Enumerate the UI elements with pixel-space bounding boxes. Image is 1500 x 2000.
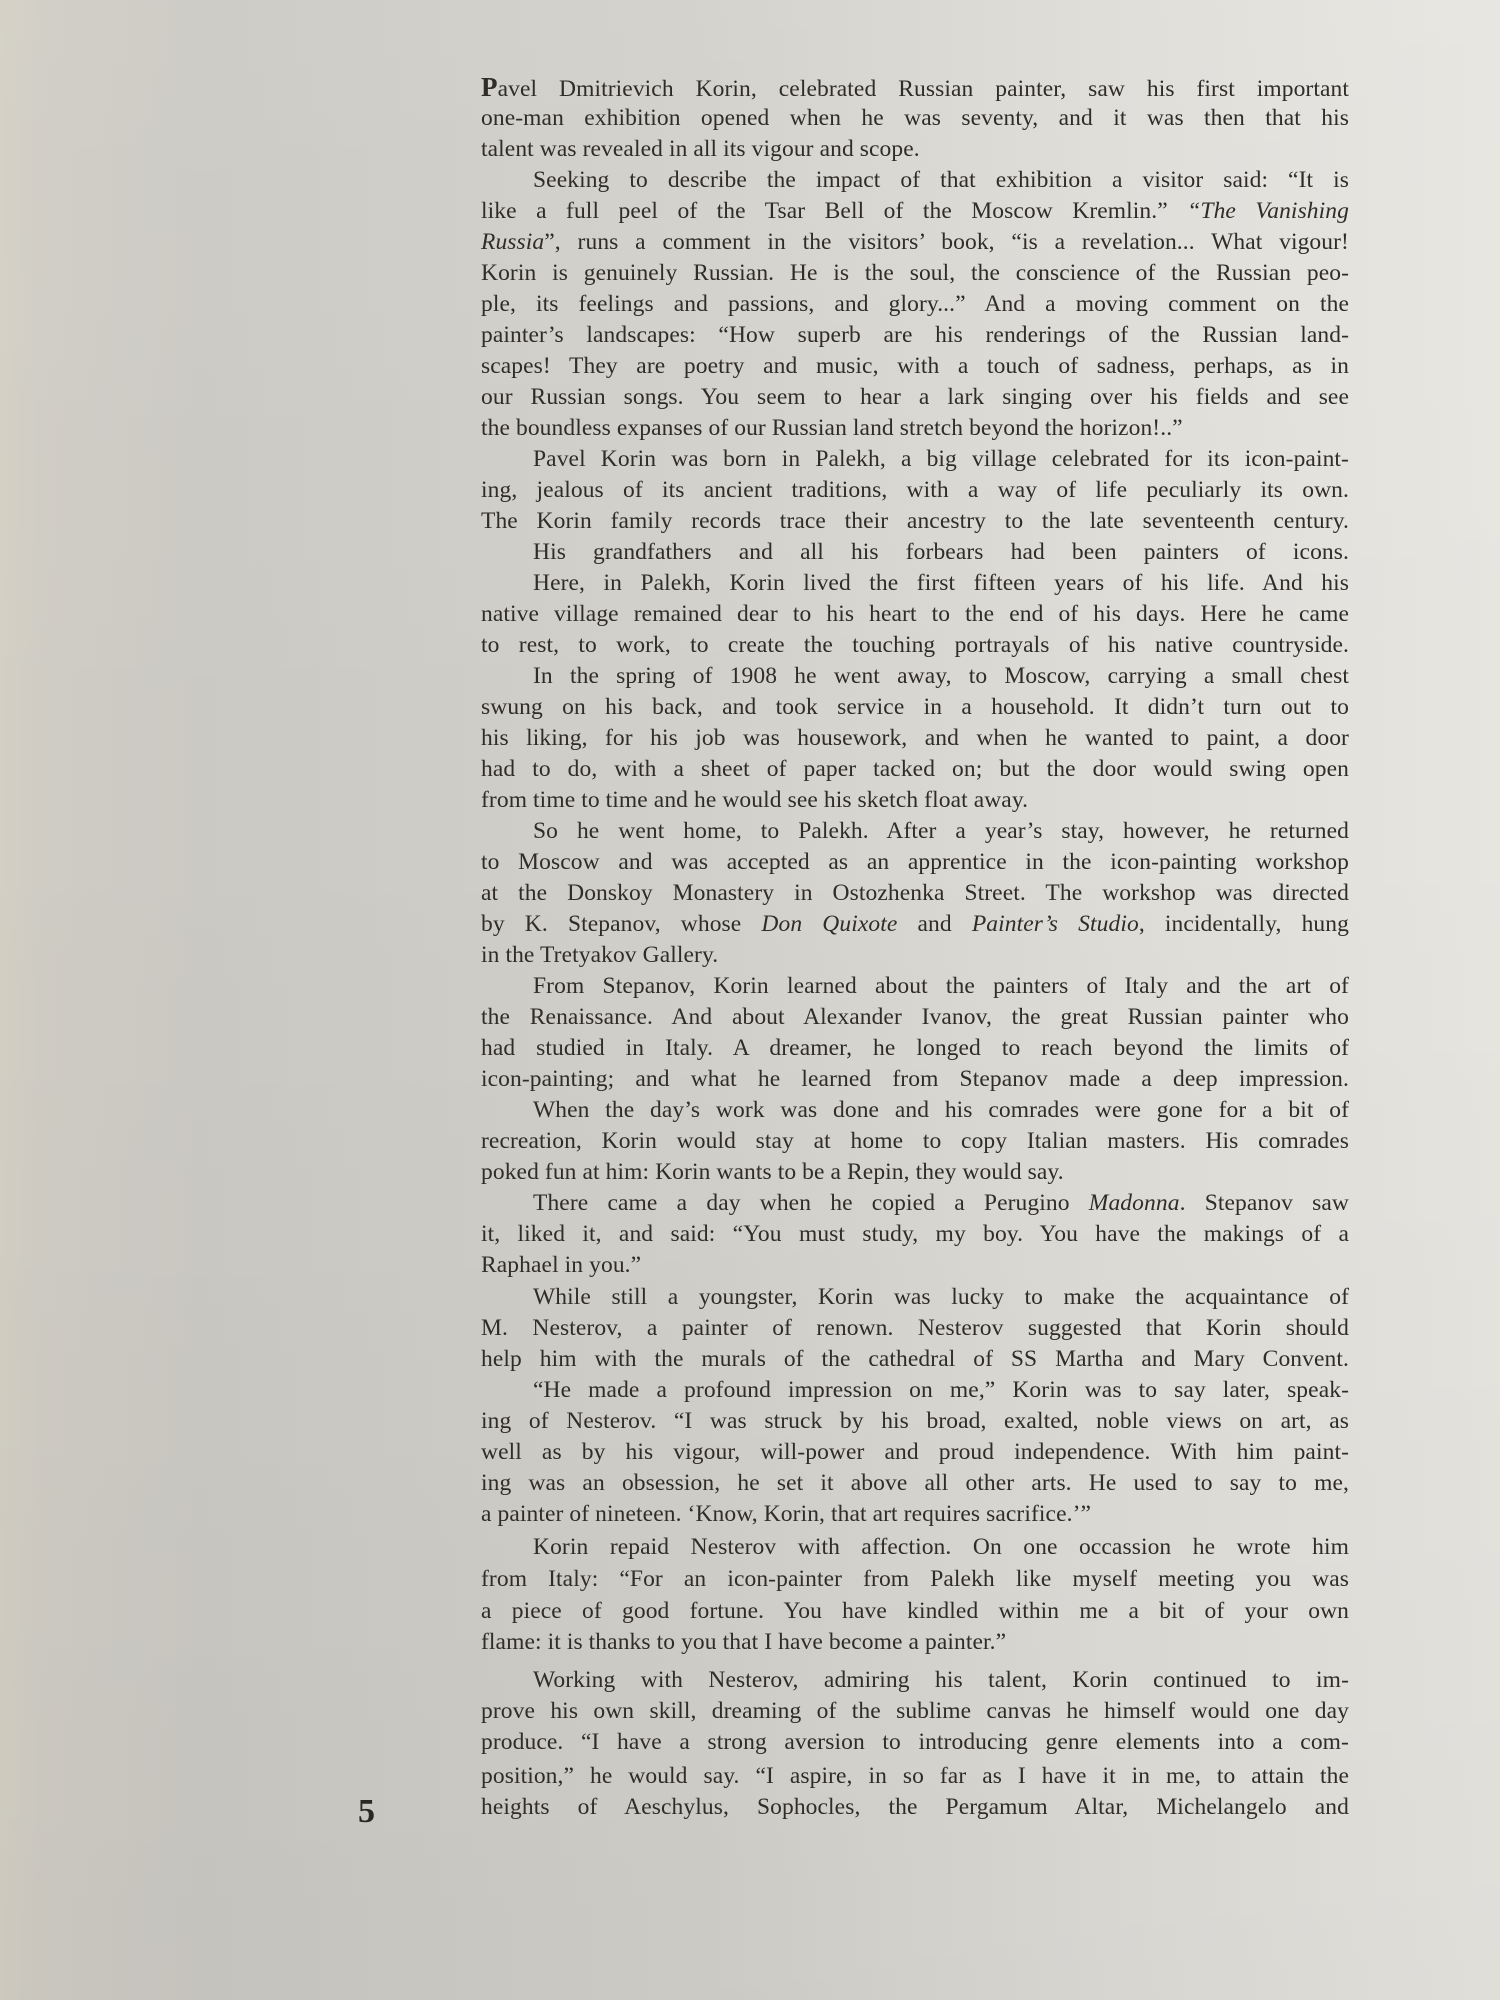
text-line: Korin repaid Nesterov with affection. On… <box>533 1532 1349 1563</box>
text-line: scapes! They are poetry and music, with … <box>481 351 1349 382</box>
text-line: poked fun at him: Korin wants to be a Re… <box>481 1157 1349 1188</box>
text-line: to rest, to work, to create the touching… <box>481 630 1349 661</box>
line-text: like a full peel of the Tsar Bell of the… <box>481 198 1349 224</box>
text-line: “He made a profound impression on me,” K… <box>533 1375 1349 1406</box>
text-line: had studied in Italy. A dreamer, he long… <box>481 1033 1349 1064</box>
text-line: heights of Aeschylus, Sophocles, the Per… <box>481 1792 1349 1823</box>
text-line: position,” he would say. “I aspire, in s… <box>481 1761 1349 1792</box>
text-line: produce. “I have a strong aversion to in… <box>481 1727 1349 1758</box>
text-line: Working with Nesterov, admiring his tale… <box>533 1665 1349 1696</box>
text-line: well as by his vigour, will-power and pr… <box>481 1437 1349 1468</box>
text-line: recreation, Korin would stay at home to … <box>481 1126 1349 1157</box>
text-line: help him with the murals of the cathedra… <box>481 1344 1349 1375</box>
text-line: a painter of nineteen. ‘Know, Korin, tha… <box>481 1499 1349 1530</box>
text-line: So he went home, to Palekh. After a year… <box>533 816 1349 847</box>
text-line: at the Donskoy Monastery in Ostozhenka S… <box>481 878 1349 909</box>
text-line: one-man exhibition opened when he was se… <box>481 103 1349 134</box>
text-line: had to do, with a sheet of paper tacked … <box>481 754 1349 785</box>
text-line: The Korin family records trace their anc… <box>481 506 1349 537</box>
text-line: the boundless expanses of our Russian la… <box>481 413 1349 444</box>
text-line: from time to time and he would see his s… <box>481 785 1349 816</box>
line-text: avel Dmitrievich Korin, celebrated Russi… <box>498 76 1349 102</box>
text-line: swung on his back, and took service in a… <box>481 692 1349 723</box>
body-text: Pavel Dmitrievich Korin, celebrated Russ… <box>0 0 1500 2000</box>
text-line: by K. Stepanov, whose Don Quixote and Pa… <box>481 909 1349 940</box>
text-line: Pavel Korin was born in Palekh, a big vi… <box>533 444 1349 475</box>
text-line: his liking, for his job was housework, a… <box>481 723 1349 754</box>
text-line: native village remained dear to his hear… <box>481 599 1349 630</box>
text-line: Russia”, runs a comment in the visitors’… <box>481 227 1349 258</box>
text-line: Pavel Dmitrievich Korin, celebrated Russ… <box>481 72 1349 103</box>
text-line: like a full peel of the Tsar Bell of the… <box>481 196 1349 227</box>
drop-cap: P <box>481 72 498 102</box>
text-line: There came a day when he copied a Perugi… <box>533 1188 1349 1219</box>
text-line: in the Tretyakov Gallery. <box>481 940 1349 971</box>
text-line: it, liked it, and said: “You must study,… <box>481 1219 1349 1250</box>
text-line: from Italy: “For an icon-painter from Pa… <box>481 1564 1349 1595</box>
text-line: Korin is genuinely Russian. He is the so… <box>481 258 1349 289</box>
text-line: M. Nesterov, a painter of renown. Nester… <box>481 1313 1349 1344</box>
text-line: ing, jealous of its ancient traditions, … <box>481 475 1349 506</box>
text-line: icon-painting; and what he learned from … <box>481 1064 1349 1095</box>
text-line: a piece of good fortune. You have kindle… <box>481 1596 1349 1627</box>
text-line: From Stepanov, Korin learned about the p… <box>533 971 1349 1002</box>
text-line: flame: it is thanks to you that I have b… <box>481 1627 1349 1658</box>
text-line: When the day’s work was done and his com… <box>533 1095 1349 1126</box>
text-line: ing was an obsession, he set it above al… <box>481 1468 1349 1499</box>
text-line: His grandfathers and all his forbears ha… <box>533 537 1349 568</box>
page-number: 5 <box>358 1795 375 1829</box>
text-line: In the spring of 1908 he went away, to M… <box>533 661 1349 692</box>
text-line: to Moscow and was accepted as an apprent… <box>481 847 1349 878</box>
text-line: prove his own skill, dreaming of the sub… <box>481 1696 1349 1727</box>
text-line: While still a youngster, Korin was lucky… <box>533 1282 1349 1313</box>
text-line: ple, its feelings and passions, and glor… <box>481 289 1349 320</box>
text-line: Raphael in you.” <box>481 1250 1349 1281</box>
text-line: talent was revealed in all its vigour an… <box>481 134 1349 165</box>
text-line: painter’s landscapes: “How superb are hi… <box>481 320 1349 351</box>
text-line: Seeking to describe the impact of that e… <box>533 165 1349 196</box>
text-line: our Russian songs. You seem to hear a la… <box>481 382 1349 413</box>
text-line: ing of Nesterov. “I was struck by his br… <box>481 1406 1349 1437</box>
text-line: Here, in Palekh, Korin lived the first f… <box>533 568 1349 599</box>
text-line: the Renaissance. And about Alexander Iva… <box>481 1002 1349 1033</box>
